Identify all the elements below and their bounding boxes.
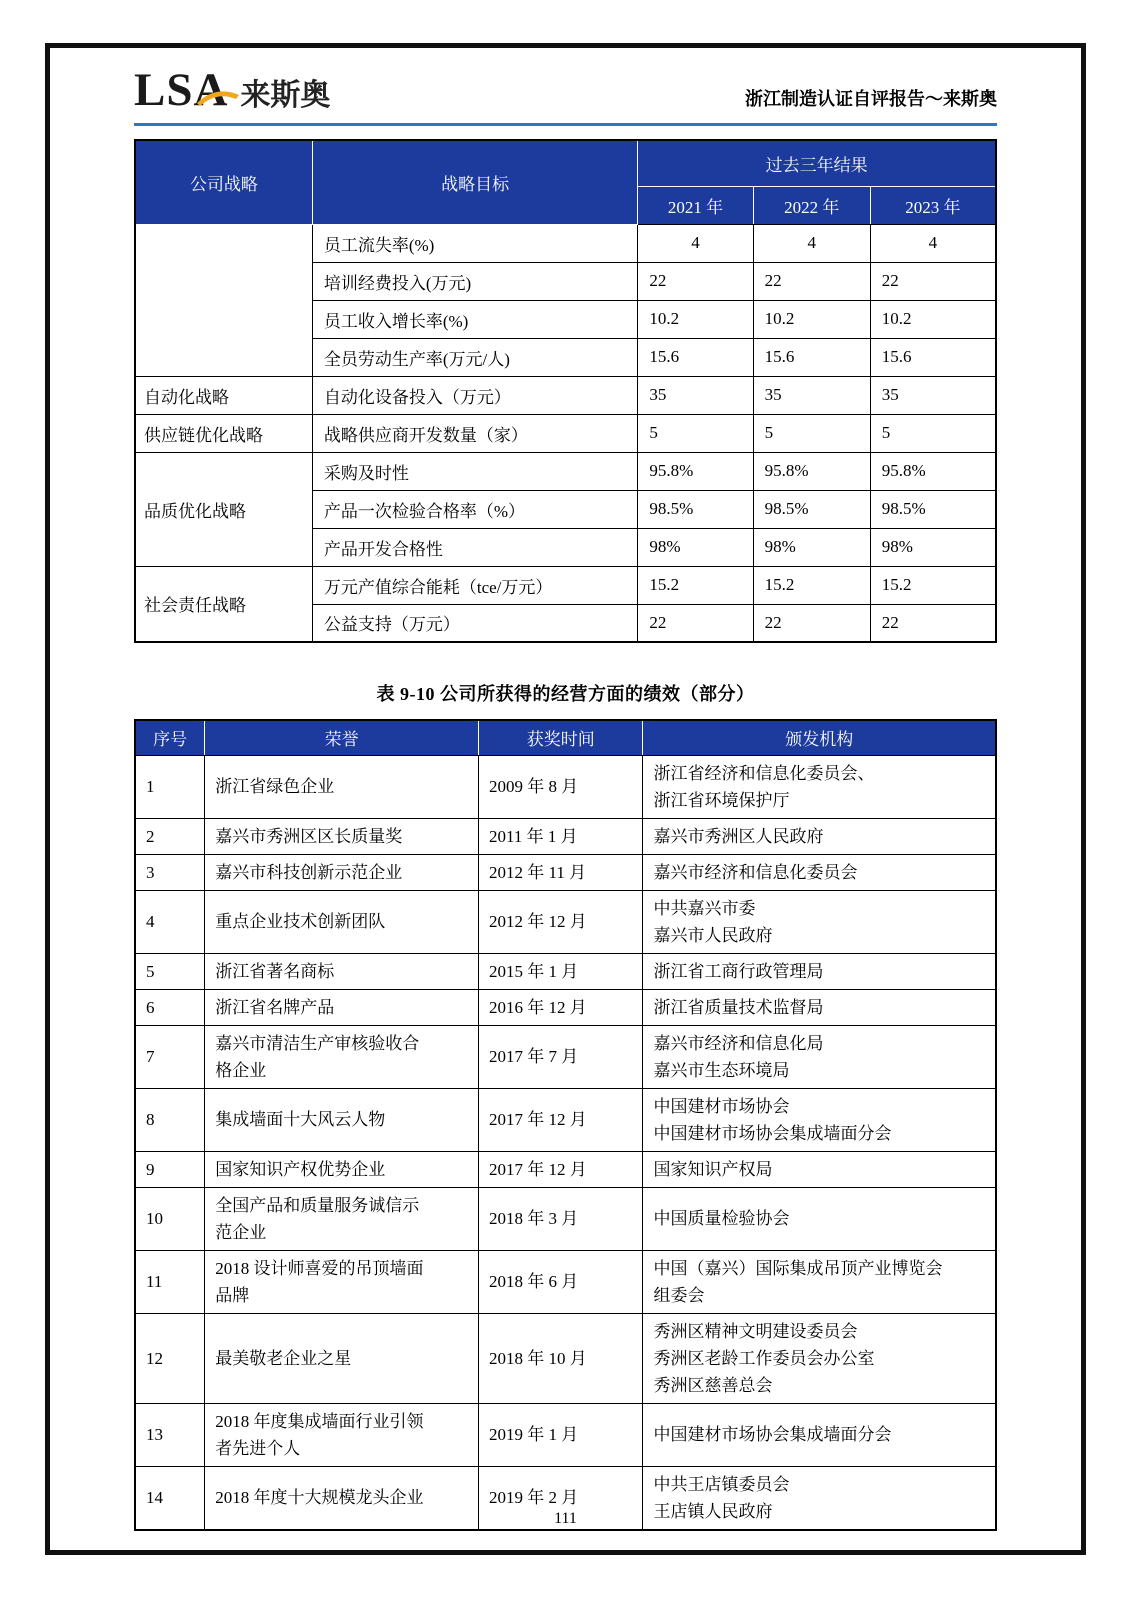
award-date-cell: 2009 年 8 月 [479,755,643,818]
awards-table-title: 表 9-10 公司所获得的经营方面的绩效（部分） [134,680,997,706]
awards-table-row: 132018 年度集成墙面行业引领 者先进个人2019 年 1 月中国建材市场协… [135,1403,996,1466]
year-value-cell: 22 [638,262,753,300]
strategy-goal-cell: 员工收入增长率(%) [312,300,637,338]
year-value-cell: 10.2 [870,300,996,338]
strategy-name-cell: 社会责任战略 [135,566,312,642]
awards-table-row: 8集成墙面十大风云人物2017 年 12 月中国建材市场协会 中国建材市场协会集… [135,1088,996,1151]
issuer-cell: 中国（嘉兴）国际集成吊顶产业博览会 组委会 [643,1250,996,1313]
honor-cell: 国家知识产权优势企业 [205,1151,479,1187]
company-logo: LSA 来斯奥 [134,67,330,114]
honor-cell: 嘉兴市科技创新示范企业 [205,854,479,890]
awards-table-row: 4重点企业技术创新团队2012 年 12 月中共嘉兴市委 嘉兴市人民政府 [135,890,996,953]
honor-cell: 最美敬老企业之星 [205,1313,479,1403]
serial-cell: 7 [135,1025,205,1088]
year-value-cell: 98% [638,528,753,566]
serial-cell: 2 [135,818,205,854]
honor-cell: 嘉兴市清洁生产审核验收合 格企业 [205,1025,479,1088]
col-header-serial: 序号 [135,720,205,755]
issuer-cell: 国家知识产权局 [643,1151,996,1187]
awards-table-row: 2嘉兴市秀洲区区长质量奖2011 年 1 月嘉兴市秀洲区人民政府 [135,818,996,854]
awards-table-row: 10全国产品和质量服务诚信示 范企业2018 年 3 月中国质量检验协会 [135,1187,996,1250]
strategy-goal-cell: 战略供应商开发数量（家） [312,414,637,452]
issuer-cell: 秀洲区精神文明建设委员会 秀洲区老龄工作委员会办公室 秀洲区慈善总会 [643,1313,996,1403]
issuer-cell: 中国建材市场协会 中国建材市场协会集成墙面分会 [643,1088,996,1151]
honor-cell: 嘉兴市秀洲区区长质量奖 [205,818,479,854]
strategy-table-row: 供应链优化战略战略供应商开发数量（家）555 [135,414,996,452]
serial-cell: 5 [135,953,205,989]
award-date-cell: 2011 年 1 月 [479,818,643,854]
strategy-name-cell [135,224,312,376]
award-date-cell: 2012 年 11 月 [479,854,643,890]
year-value-cell: 95.8% [753,452,870,490]
col-header-issuer: 颁发机构 [643,720,996,755]
year-value-cell: 4 [753,224,870,262]
award-date-cell: 2019 年 1 月 [479,1403,643,1466]
strategy-goal-cell: 产品开发合格性 [312,528,637,566]
col-header-past-three-years: 过去三年结果 [638,140,996,186]
year-value-cell: 15.2 [753,566,870,604]
strategy-name-cell: 供应链优化战略 [135,414,312,452]
awards-table-row: 7嘉兴市清洁生产审核验收合 格企业2017 年 7 月嘉兴市经济和信息化局 嘉兴… [135,1025,996,1088]
award-date-cell: 2018 年 10 月 [479,1313,643,1403]
honor-cell: 2018 年度集成墙面行业引领 者先进个人 [205,1403,479,1466]
issuer-cell: 浙江省工商行政管理局 [643,953,996,989]
strategy-goal-cell: 产品一次检验合格率（%） [312,490,637,528]
serial-cell: 10 [135,1187,205,1250]
year-value-cell: 5 [870,414,996,452]
award-date-cell: 2017 年 12 月 [479,1151,643,1187]
year-value-cell: 98.5% [753,490,870,528]
strategy-name-cell: 自动化战略 [135,376,312,414]
col-header-year-2021: 2021 年 [638,186,753,224]
header-divider [134,123,997,126]
serial-cell: 1 [135,755,205,818]
honor-cell: 重点企业技术创新团队 [205,890,479,953]
award-date-cell: 2018 年 3 月 [479,1187,643,1250]
awards-table-row: 12最美敬老企业之星2018 年 10 月秀洲区精神文明建设委员会 秀洲区老龄工… [135,1313,996,1403]
honor-cell: 全国产品和质量服务诚信示 范企业 [205,1187,479,1250]
strategy-goal-cell: 万元产值综合能耗（tce/万元） [312,566,637,604]
year-value-cell: 10.2 [638,300,753,338]
logo-lsa-text: LSA [134,67,228,114]
year-value-cell: 35 [638,376,753,414]
awards-table-row: 6浙江省名牌产品2016 年 12 月浙江省质量技术监督局 [135,989,996,1025]
year-value-cell: 5 [638,414,753,452]
year-value-cell: 10.2 [753,300,870,338]
year-value-cell: 15.2 [638,566,753,604]
page-content: LSA 来斯奥 浙江制造认证自评报告～来斯奥 公司战略 战略目标 过去三年结果 [50,48,1081,1550]
year-value-cell: 22 [753,262,870,300]
serial-cell: 3 [135,854,205,890]
year-value-cell: 4 [870,224,996,262]
year-value-cell: 15.2 [870,566,996,604]
strategy-goal-cell: 员工流失率(%) [312,224,637,262]
page-frame: LSA 来斯奥 浙江制造认证自评报告～来斯奥 公司战略 战略目标 过去三年结果 [45,43,1086,1555]
strategy-goal-cell: 采购及时性 [312,452,637,490]
year-value-cell: 35 [870,376,996,414]
year-value-cell: 35 [753,376,870,414]
page-footer: 111 [50,1510,1081,1528]
issuer-cell: 中国建材市场协会集成墙面分会 [643,1403,996,1466]
honor-cell: 2018 设计师喜爱的吊顶墙面 品牌 [205,1250,479,1313]
serial-cell: 8 [135,1088,205,1151]
honor-cell: 集成墙面十大风云人物 [205,1088,479,1151]
issuer-cell: 中共嘉兴市委 嘉兴市人民政府 [643,890,996,953]
col-header-company-strategy: 公司战略 [135,140,312,224]
awards-table-body: 1浙江省绿色企业2009 年 8 月浙江省经济和信息化委员会、 浙江省环境保护厅… [135,755,996,1530]
year-value-cell: 15.6 [870,338,996,376]
report-page: { "colors": { "header_bg": "#1c3b9c", "r… [0,0,1131,1600]
serial-cell: 6 [135,989,205,1025]
col-header-award-date: 获奖时间 [479,720,643,755]
awards-table-header: 序号 荣誉 获奖时间 颁发机构 [135,720,996,755]
issuer-cell: 中国质量检验协会 [643,1187,996,1250]
year-value-cell: 95.8% [638,452,753,490]
award-date-cell: 2016 年 12 月 [479,989,643,1025]
year-value-cell: 95.8% [870,452,996,490]
serial-cell: 11 [135,1250,205,1313]
year-value-cell: 22 [753,604,870,642]
year-value-cell: 98% [870,528,996,566]
serial-cell: 12 [135,1313,205,1403]
year-value-cell: 15.6 [638,338,753,376]
strategy-table-row: 社会责任战略万元产值综合能耗（tce/万元）15.215.215.2 [135,566,996,604]
awards-table-row: 1浙江省绿色企业2009 年 8 月浙江省经济和信息化委员会、 浙江省环境保护厅 [135,755,996,818]
awards-table-row: 112018 设计师喜爱的吊顶墙面 品牌2018 年 6 月中国（嘉兴）国际集成… [135,1250,996,1313]
issuer-cell: 嘉兴市经济和信息化委员会 [643,854,996,890]
document-title: 浙江制造认证自评报告～来斯奥 [745,85,997,114]
strategy-name-cell: 品质优化战略 [135,452,312,566]
awards-table-row: 5浙江省著名商标2015 年 1 月浙江省工商行政管理局 [135,953,996,989]
year-value-cell: 5 [753,414,870,452]
award-date-cell: 2015 年 1 月 [479,953,643,989]
honor-cell: 浙江省名牌产品 [205,989,479,1025]
year-value-cell: 15.6 [753,338,870,376]
year-value-cell: 22 [870,262,996,300]
issuer-cell: 嘉兴市经济和信息化局 嘉兴市生态环境局 [643,1025,996,1088]
serial-cell: 4 [135,890,205,953]
year-value-cell: 22 [870,604,996,642]
year-value-cell: 22 [638,604,753,642]
award-date-cell: 2017 年 12 月 [479,1088,643,1151]
awards-table-row: 3嘉兴市科技创新示范企业2012 年 11 月嘉兴市经济和信息化委员会 [135,854,996,890]
strategy-table-row: 自动化战略自动化设备投入（万元）353535 [135,376,996,414]
page-header: LSA 来斯奥 浙江制造认证自评报告～来斯奥 [134,62,997,114]
col-header-year-2022: 2022 年 [753,186,870,224]
col-header-year-2023: 2023 年 [870,186,996,224]
page-number: 111 [554,1510,577,1527]
col-header-honor: 荣誉 [205,720,479,755]
strategy-goal-cell: 全员劳动生产率(万元/人) [312,338,637,376]
year-value-cell: 98% [753,528,870,566]
issuer-cell: 浙江省经济和信息化委员会、 浙江省环境保护厅 [643,755,996,818]
logo-company-name: 来斯奥 [240,81,330,111]
year-value-cell: 4 [638,224,753,262]
serial-cell: 9 [135,1151,205,1187]
strategy-table-header: 公司战略 战略目标 过去三年结果 2021 年 2022 年 2023 年 [135,140,996,224]
strategy-table-row: 员工流失率(%)444 [135,224,996,262]
year-value-cell: 98.5% [638,490,753,528]
strategy-table: 公司战略 战略目标 过去三年结果 2021 年 2022 年 2023 年 员工… [134,139,997,643]
honor-cell: 浙江省著名商标 [205,953,479,989]
issuer-cell: 浙江省质量技术监督局 [643,989,996,1025]
strategy-goal-cell: 自动化设备投入（万元） [312,376,637,414]
award-date-cell: 2012 年 12 月 [479,890,643,953]
award-date-cell: 2017 年 7 月 [479,1025,643,1088]
awards-table: 序号 荣誉 获奖时间 颁发机构 1浙江省绿色企业2009 年 8 月浙江省经济和… [134,719,997,1531]
award-date-cell: 2018 年 6 月 [479,1250,643,1313]
strategy-table-row: 品质优化战略采购及时性95.8%95.8%95.8% [135,452,996,490]
strategy-goal-cell: 公益支持（万元） [312,604,637,642]
strategy-table-body: 员工流失率(%)444培训经费投入(万元)222222员工收入增长率(%)10.… [135,224,996,642]
honor-cell: 浙江省绿色企业 [205,755,479,818]
awards-table-row: 9国家知识产权优势企业2017 年 12 月国家知识产权局 [135,1151,996,1187]
serial-cell: 13 [135,1403,205,1466]
strategy-goal-cell: 培训经费投入(万元) [312,262,637,300]
issuer-cell: 嘉兴市秀洲区人民政府 [643,818,996,854]
year-value-cell: 98.5% [870,490,996,528]
col-header-strategy-goal: 战略目标 [312,140,637,224]
